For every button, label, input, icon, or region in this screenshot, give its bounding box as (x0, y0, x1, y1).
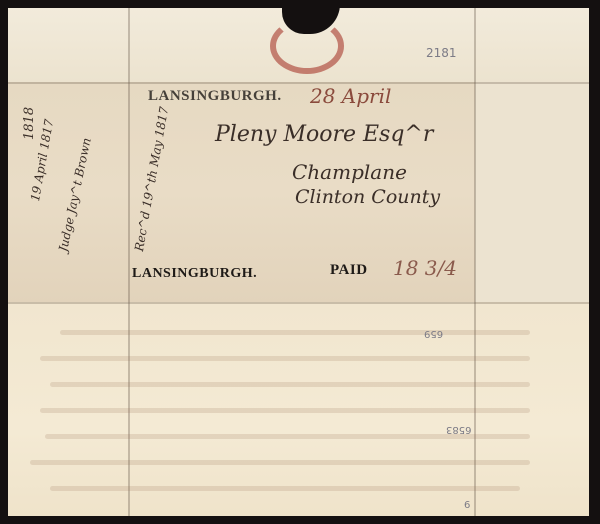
fold-line (128, 8, 130, 516)
postmark-date: 28 April (310, 84, 391, 108)
right-panel (475, 82, 589, 302)
addressee-name: Pleny Moore Esq^r (215, 122, 433, 147)
postmark-town-top: LANSINGBURGH. (148, 88, 282, 105)
docket-year: 1818 (22, 107, 37, 140)
postage-rate: 18 3/4 (393, 256, 457, 280)
pencil-note: 6 (464, 500, 470, 511)
pencil-note: 659 (424, 328, 443, 339)
postmark-town-bottom: LANSINGBURGH. (132, 266, 257, 282)
fold-line (8, 302, 589, 304)
paid-stamp: PAID (330, 262, 368, 279)
pencil-note: 2181 (426, 46, 457, 60)
fold-line (474, 8, 476, 516)
address-county: Clinton County (295, 186, 440, 208)
fold-line (8, 82, 589, 84)
pencil-note: 6583 (446, 424, 471, 435)
address-town: Champlane (292, 160, 407, 184)
